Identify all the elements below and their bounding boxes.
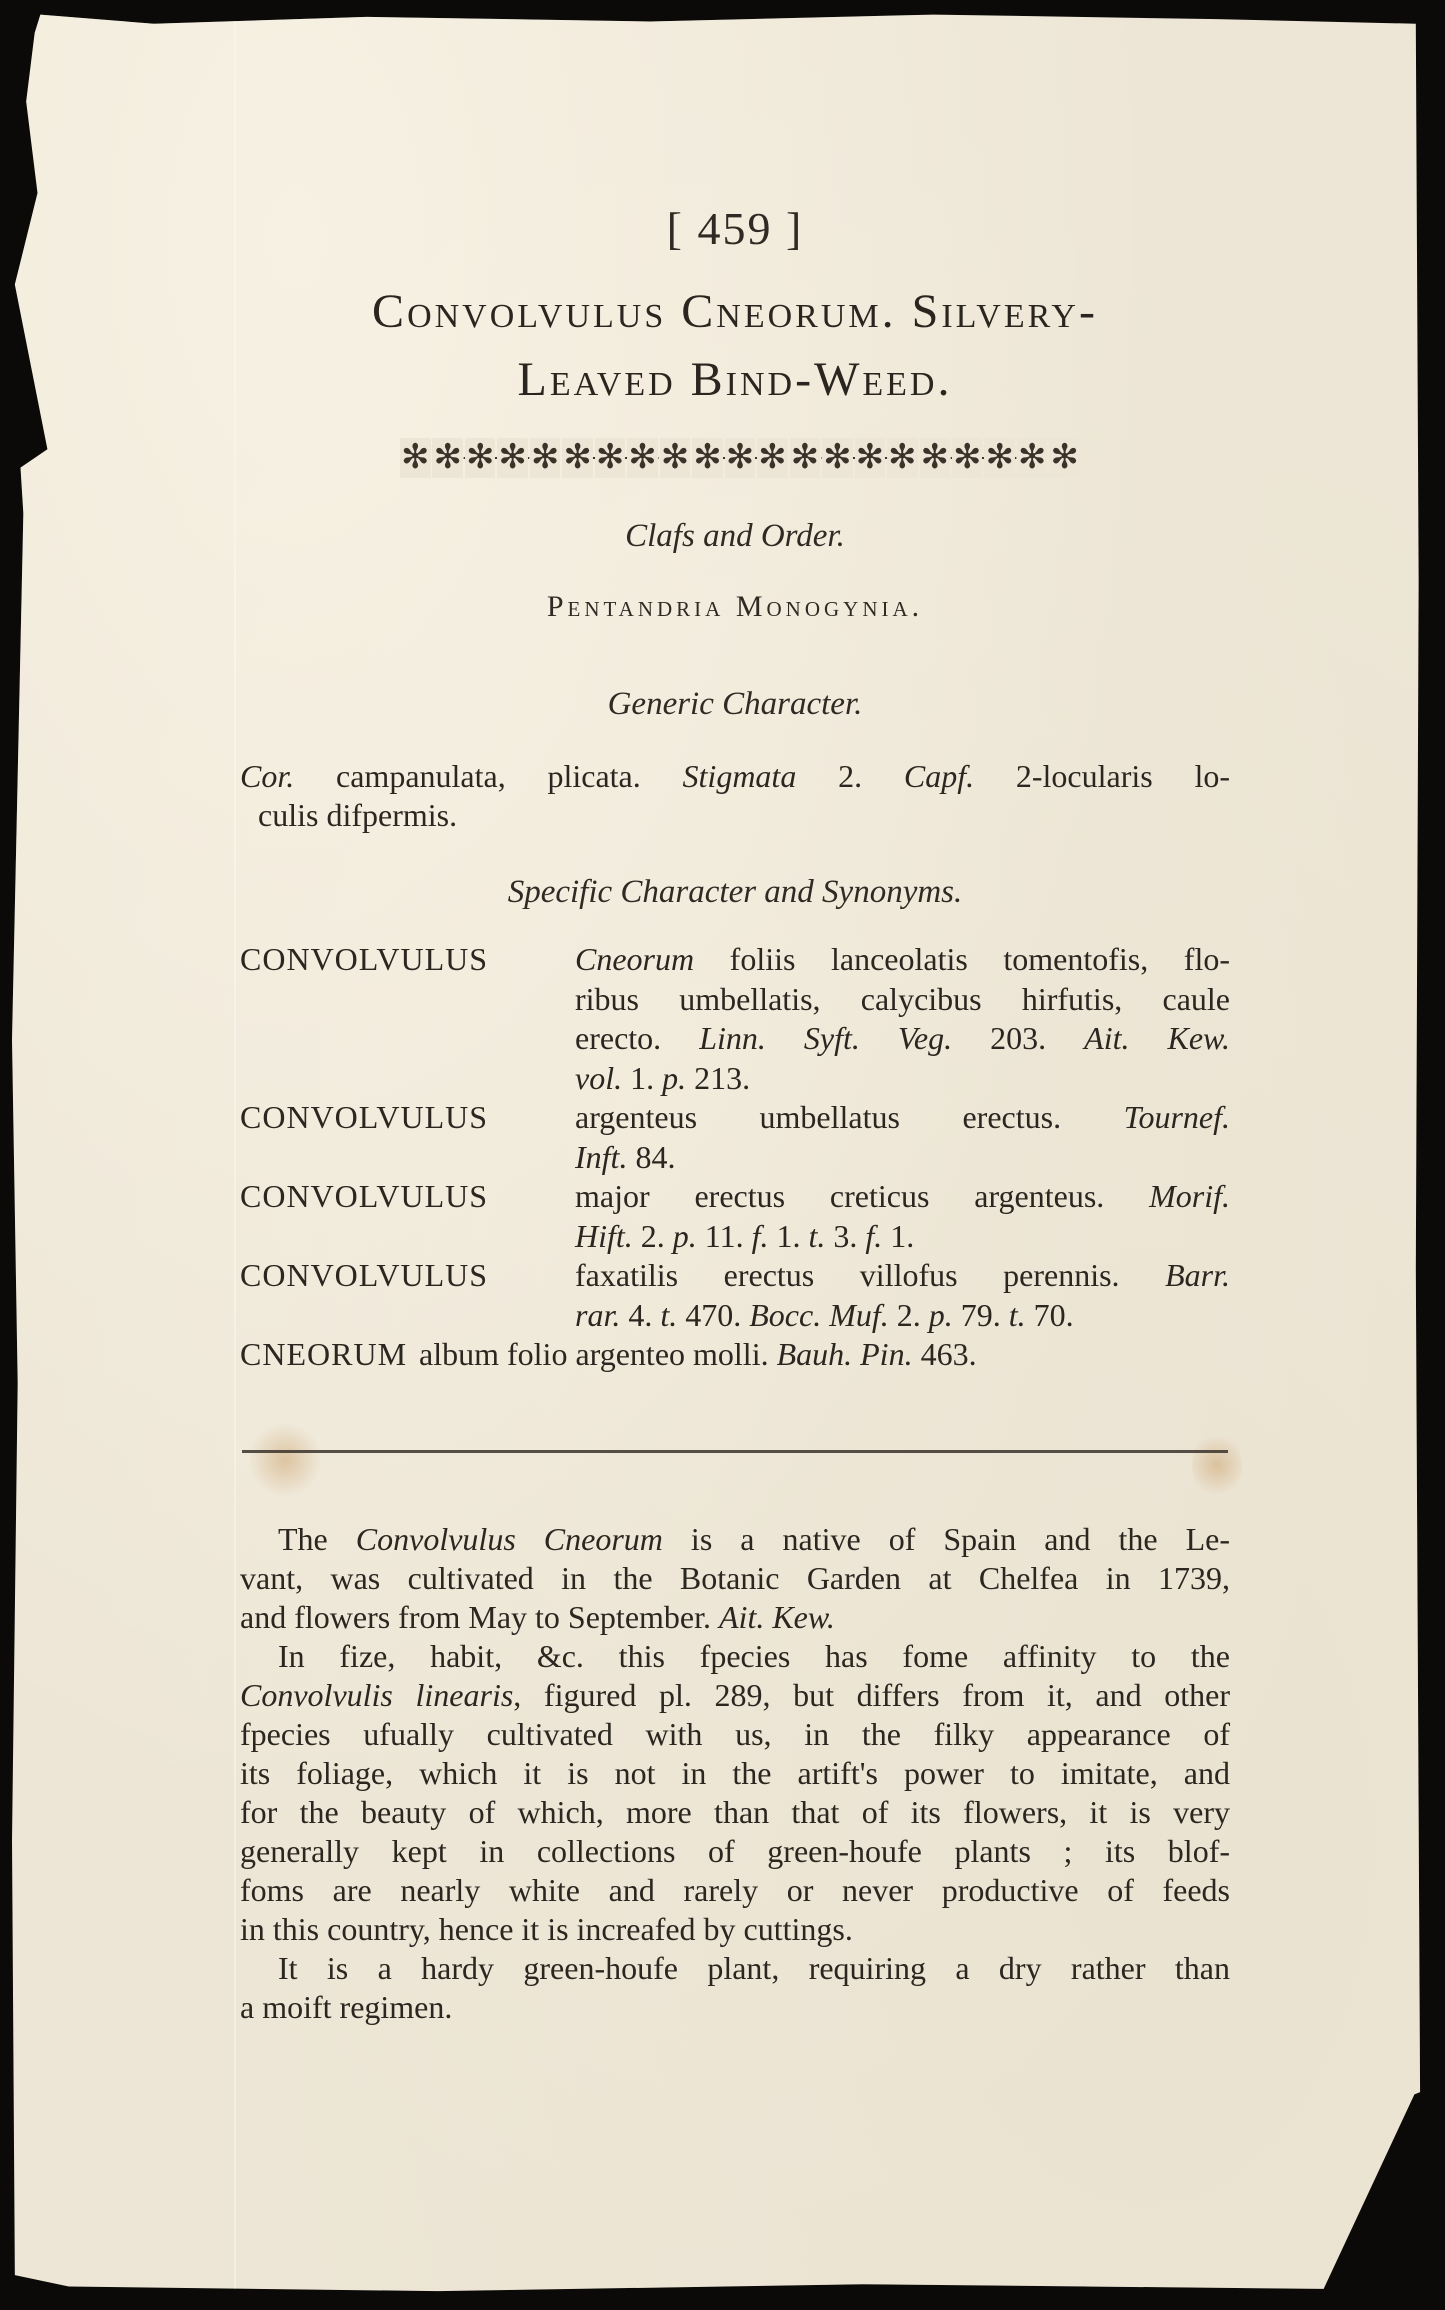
body-line: a moift regimen. — [240, 1988, 1230, 2027]
stigmata-label: Stigmata — [683, 758, 797, 794]
title-line-2: Leaved Bind-Weed. — [240, 346, 1230, 414]
asterisk-ornament-icon: ✻ — [952, 438, 983, 478]
paper-fold-line — [234, 10, 236, 2298]
asterisk-ornament-icon: ✻ — [887, 438, 918, 478]
body-line: for the beauty of which, more than that … — [240, 1793, 1230, 1832]
asterisk-ornament-icon: ✻ — [660, 438, 691, 478]
asterisk-ornament-icon: ✻ — [562, 438, 593, 478]
asterisk-ornament-icon: ✻ — [920, 438, 951, 478]
asterisk-ornament-icon: ✻ — [692, 438, 723, 478]
body-line: in this country, hence it is increafed b… — [240, 1910, 1230, 1949]
synonym-line: vol. 1. p. 213. — [575, 1059, 1230, 1099]
synonym-entry: CONVOLVULUSmajor erectus creticus argent… — [240, 1177, 1230, 1256]
synonym-description: faxatilis erectus villofus perennis. Bar… — [575, 1256, 1230, 1335]
asterisk-ornament-icon: ✻ — [822, 438, 853, 478]
asterisk-ornament-icon: ✻ — [595, 438, 626, 478]
synonym-line: album folio argenteo molli. Bauh. Pin. 4… — [419, 1335, 1230, 1375]
page-title: Convolvulus Cneorum. Silvery- Leaved Bin… — [240, 278, 1230, 414]
foxing-stain — [1192, 1430, 1242, 1500]
ornament-divider: ✻✻✻✻✻✻✻✻✻✻✻✻✻✻✻✻✻✻✻✻✻ — [400, 438, 1080, 478]
generic-line-1: Cor. campanulata, plicata. Stigmata 2. C… — [240, 757, 1230, 796]
asterisk-ornament-icon: ✻ — [725, 438, 756, 478]
asterisk-ornament-icon: ✻ — [790, 438, 821, 478]
synonym-description: argenteus umbellatus erectus. Tournef.In… — [575, 1098, 1230, 1177]
asterisk-ornament-icon: ✻ — [757, 438, 788, 478]
asterisk-ornament-icon: ✻ — [432, 438, 463, 478]
synonym-line: faxatilis erectus villofus perennis. Bar… — [575, 1256, 1230, 1296]
caps-label: Capf. — [904, 758, 974, 794]
page-number: [ 459 ] — [240, 202, 1230, 255]
horizontal-rule — [242, 1450, 1228, 1453]
asterisk-ornament-icon: ✻ — [1049, 438, 1080, 478]
body-line: its foliage, which it is not in the arti… — [240, 1754, 1230, 1793]
body-line: and flowers from May to September. Ait. … — [240, 1598, 1230, 1637]
body-line: generally kept in collections of green-h… — [240, 1832, 1230, 1871]
document-page: [ 459 ] Convolvulus Cneorum. Silvery- Le… — [12, 10, 1430, 2298]
cor-text: campanulata, plicata. — [294, 758, 682, 794]
asterisk-ornament-icon: ✻ — [530, 438, 561, 478]
synonym-description: album folio argenteo molli. Bauh. Pin. 4… — [419, 1335, 1230, 1375]
asterisk-ornament-icon: ✻ — [1017, 438, 1048, 478]
synonym-entry: CONVOLVULUSfaxatilis erectus villofus pe… — [240, 1256, 1230, 1335]
body-line: fpecies ufually cultivated with us, in t… — [240, 1715, 1230, 1754]
asterisk-ornament-icon: ✻ — [855, 438, 886, 478]
synonym-line: rar. 4. t. 470. Bocc. Muf. 2. p. 79. t. … — [575, 1296, 1230, 1336]
synonym-line: erecto. Linn. Syft. Veg. 203. Ait. Kew. — [575, 1019, 1230, 1059]
caps-text: 2-locularis lo- — [974, 758, 1230, 794]
description-body: The Convolvulus Cneorum is a native of S… — [240, 1520, 1230, 2027]
synonym-genus: CONVOLVULUS — [240, 1256, 575, 1335]
body-line: In fize, habit, &c. this fpecies has fom… — [240, 1637, 1230, 1676]
synonym-list: CONVOLVULUSCneorum foliis lanceolatis to… — [240, 940, 1230, 1375]
asterisk-ornament-icon: ✻ — [400, 438, 431, 478]
cor-label: Cor. — [240, 758, 294, 794]
synonym-line: Inft. 84. — [575, 1138, 1230, 1178]
title-line-1: Convolvulus Cneorum. Silvery- — [240, 278, 1230, 346]
asterisk-ornament-icon: ✻ — [627, 438, 658, 478]
body-line: Convolvulis linearis, figured pl. 289, b… — [240, 1676, 1230, 1715]
asterisk-ornament-icon: ✻ — [984, 438, 1015, 478]
stigmata-text: 2. — [796, 758, 904, 794]
synonym-genus: CNEORUM — [240, 1335, 419, 1375]
synonym-description: Cneorum foliis lanceolatis tomentofis, f… — [575, 940, 1230, 1098]
synonym-genus: CONVOLVULUS — [240, 1177, 575, 1256]
dog-eared-corner — [1390, 2246, 1442, 2301]
class-order-value: Pentandria Monogynia. — [240, 590, 1230, 624]
foxing-stain — [250, 1420, 320, 1500]
class-order-heading: Clafs and Order. — [240, 518, 1230, 555]
synonym-genus: CONVOLVULUS — [240, 940, 575, 1098]
synonym-line: Hift. 2. p. 11. f. 1. t. 3. f. 1. — [575, 1217, 1230, 1257]
synonym-line: Cneorum foliis lanceolatis tomentofis, f… — [575, 940, 1230, 980]
synonym-entry: CNEORUMalbum folio argenteo molli. Bauh.… — [240, 1335, 1230, 1375]
synonym-line: argenteus umbellatus erectus. Tournef. — [575, 1098, 1230, 1138]
synonym-entry: CONVOLVULUSCneorum foliis lanceolatis to… — [240, 940, 1230, 1098]
body-line: foms are nearly white and rarely or neve… — [240, 1871, 1230, 1910]
synonym-line: major erectus creticus argenteus. Morif. — [575, 1177, 1230, 1217]
synonym-description: major erectus creticus argenteus. Morif.… — [575, 1177, 1230, 1256]
generic-character-heading: Generic Character. — [240, 686, 1230, 723]
synonym-entry: CONVOLVULUSargenteus umbellatus erectus.… — [240, 1098, 1230, 1177]
body-line: vant, was cultivated in the Botanic Gard… — [240, 1559, 1230, 1598]
synonym-line: ribus umbellatis, calycibus hirfutis, ca… — [575, 980, 1230, 1020]
synonym-genus: CONVOLVULUS — [240, 1098, 575, 1177]
asterisk-ornament-icon: ✻ — [497, 438, 528, 478]
body-line: The Convolvulus Cneorum is a native of S… — [240, 1520, 1230, 1559]
generic-line-2: culis difpermis. — [240, 796, 1230, 835]
asterisk-ornament-icon: ✻ — [465, 438, 496, 478]
specific-character-heading: Specific Character and Synonyms. — [240, 874, 1230, 911]
generic-character-text: Cor. campanulata, plicata. Stigmata 2. C… — [240, 757, 1230, 835]
body-line: It is a hardy green-houfe plant, requiri… — [240, 1949, 1230, 1988]
